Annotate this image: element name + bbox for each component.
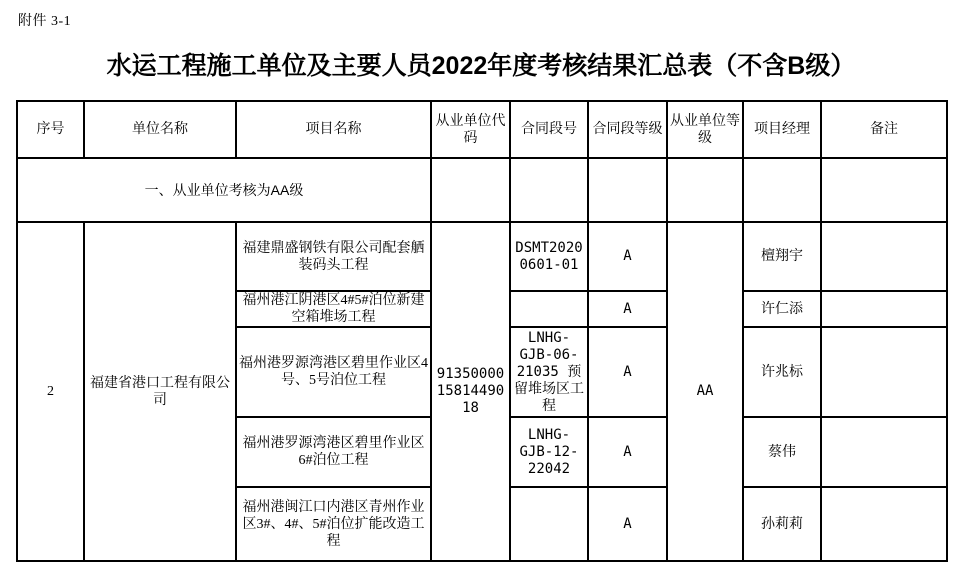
cell-serial-number: 2 (17, 222, 84, 561)
section-empty-cell (588, 158, 667, 222)
cell-project-manager: 檀翔宇 (743, 222, 821, 291)
cell-contract-no (510, 291, 588, 327)
section-empty-cell (431, 158, 510, 222)
cell-contract-grade: A (588, 487, 667, 561)
cell-remark (821, 417, 947, 487)
cell-remark (821, 487, 947, 561)
cell-contract-grade: A (588, 291, 667, 327)
cell-project-manager: 许仁添 (743, 291, 821, 327)
cell-contract-no: LNHG-GJB-06-21035 预留堆场区工程 (510, 327, 588, 417)
cell-remark (821, 222, 947, 291)
cell-project-name: 福州港闽江口内港区青州作业区3#、4#、5#泊位扩能改造工程 (236, 487, 431, 561)
section-empty-cell (667, 158, 743, 222)
cell-contract-no: LNHG-GJB-12-22042 (510, 417, 588, 487)
section-row-aa-grade: 一、从业单位考核为AA级 (17, 158, 947, 222)
cell-contract-grade: A (588, 327, 667, 417)
cell-remark (821, 327, 947, 417)
cell-project-manager: 许兆标 (743, 327, 821, 417)
cell-project-name: 福州港罗源湾港区碧里作业区6#泊位工程 (236, 417, 431, 487)
table-header-row: 序号 单位名称 项目名称 从业单位代码 合同段号 合同段等级 从业单位等级 项目… (17, 101, 947, 158)
header-project-manager: 项目经理 (743, 101, 821, 158)
cell-project-name: 福州港江阴港区4#5#泊位新建空箱堆场工程 (236, 291, 431, 327)
assessment-results-table: 序号 单位名称 项目名称 从业单位代码 合同段号 合同段等级 从业单位等级 项目… (16, 100, 948, 562)
section-empty-cell (510, 158, 588, 222)
section-empty-cell (821, 158, 947, 222)
header-remark: 备注 (821, 101, 947, 158)
header-unit-grade: 从业单位等级 (667, 101, 743, 158)
header-unit-code: 从业单位代码 (431, 101, 510, 158)
header-contract-section-grade: 合同段等级 (588, 101, 667, 158)
table-row: 2 福建省港口工程有限公司 福建鼎盛钢铁有限公司配套舾装码头工程 9135000… (17, 222, 947, 291)
cell-unit-name: 福建省港口工程有限公司 (84, 222, 236, 561)
page-title: 水运工程施工单位及主要人员2022年度考核结果汇总表（不含B级） (16, 46, 946, 82)
cell-remark (821, 291, 947, 327)
header-unit-name: 单位名称 (84, 101, 236, 158)
cell-project-manager: 孙莉莉 (743, 487, 821, 561)
section-label: 一、从业单位考核为AA级 (17, 158, 431, 222)
header-serial-number: 序号 (17, 101, 84, 158)
cell-contract-no (510, 487, 588, 561)
section-empty-cell (743, 158, 821, 222)
attachment-label: 附件 3-1 (18, 10, 71, 30)
cell-project-manager: 蔡伟 (743, 417, 821, 487)
cell-unit-grade: AA (667, 222, 743, 561)
header-contract-section-no: 合同段号 (510, 101, 588, 158)
cell-project-name: 福建鼎盛钢铁有限公司配套舾装码头工程 (236, 222, 431, 291)
cell-unit-code: 913500001581449018 (431, 222, 510, 561)
cell-contract-grade: A (588, 222, 667, 291)
header-project-name: 项目名称 (236, 101, 431, 158)
cell-project-name: 福州港罗源湾港区碧里作业区4号、5号泊位工程 (236, 327, 431, 417)
cell-contract-no: DSMT20200601-01 (510, 222, 588, 291)
cell-contract-grade: A (588, 417, 667, 487)
